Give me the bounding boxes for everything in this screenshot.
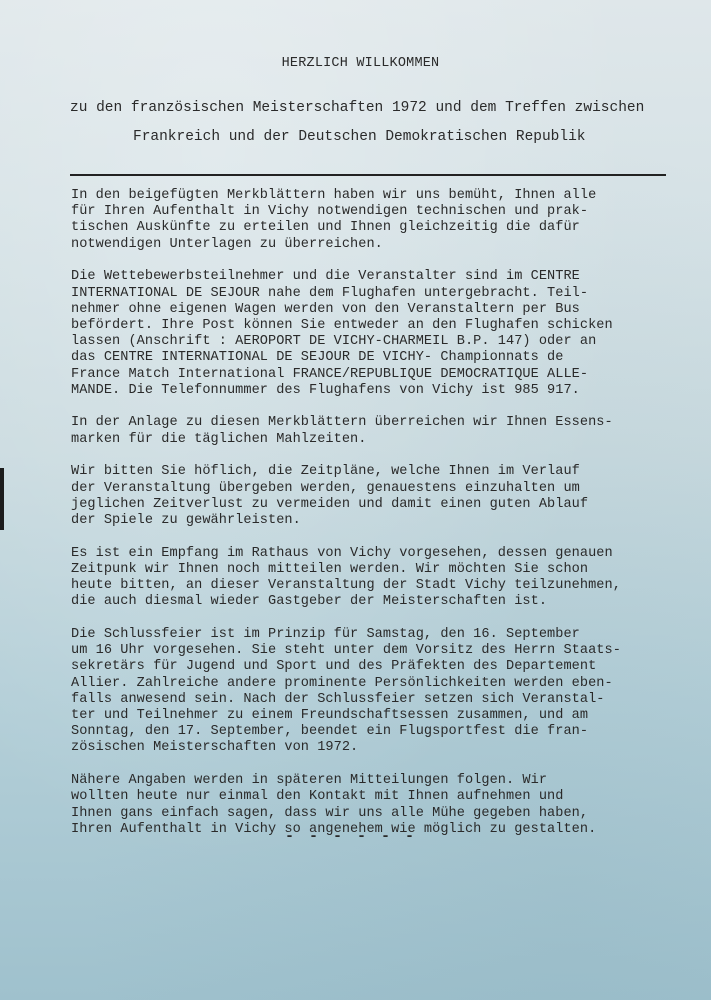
text-line: marken für die täglichen Mahlzeiten. <box>71 432 691 448</box>
binder-clip-edge <box>0 468 4 530</box>
text-line: zösischen Meisterschaften von 1972. <box>71 740 691 756</box>
text-line: befördert. Ihre Post können Sie entweder… <box>71 318 691 334</box>
text-line: Die Schlussfeier ist im Prinzip für Sams… <box>71 627 691 643</box>
text-line: der Spiele zu gewährleisten. <box>71 513 691 529</box>
text-line: Nähere Angaben werden in späteren Mittei… <box>71 773 691 789</box>
text-line: INTERNATIONAL DE SEJOUR nahe dem Flughaf… <box>71 286 691 302</box>
text-line: sekretärs für Jugend und Sport und des P… <box>71 659 691 675</box>
closing-dashes: - - - - - - <box>285 828 417 845</box>
text-line: nehmer ohne eigenen Wagen werden von den… <box>71 302 691 318</box>
text-line: In der Anlage zu diesen Merkblättern übe… <box>71 415 691 431</box>
paragraph-1: In den beigefügten Merkblättern haben wi… <box>71 188 691 253</box>
text-line: Allier. Zahlreiche andere prominente Per… <box>71 676 691 692</box>
text-line: Wir bitten Sie höflich, die Zeitpläne, w… <box>71 464 691 480</box>
text-line: heute bitten, an dieser Veranstaltung de… <box>71 578 691 594</box>
text-line: wollten heute nur einmal den Kontakt mit… <box>71 789 691 805</box>
paragraph-3: In der Anlage zu diesen Merkblättern übe… <box>71 415 691 447</box>
paragraph-4: Wir bitten Sie höflich, die Zeitpläne, w… <box>71 464 691 529</box>
subtitle-line-1: zu den französischen Meisterschaften 197… <box>70 100 644 116</box>
text-line: für Ihren Aufenthalt in Vichy notwendige… <box>71 204 691 220</box>
document-title: HERZLICH WILLKOMMEN <box>0 56 711 71</box>
subtitle-line-2: Frankreich und der Deutschen Demokratisc… <box>133 129 585 145</box>
text-line: ter und Teilnehmer zu einem Freundschaft… <box>71 708 691 724</box>
text-line: die auch diesmal wieder Gastgeber der Me… <box>71 594 691 610</box>
text-line: In den beigefügten Merkblättern haben wi… <box>71 188 691 204</box>
document-body: In den beigefügten Merkblättern haben wi… <box>71 188 691 854</box>
text-line: Ihnen gans einfach sagen, dass wir uns a… <box>71 806 691 822</box>
paragraph-2: Die Wettebewerbsteilnehmer und die Veran… <box>71 269 691 399</box>
text-line: Es ist ein Empfang im Rathaus von Vichy … <box>71 546 691 562</box>
text-line: France Match International FRANCE/REPUBL… <box>71 367 691 383</box>
text-line: tischen Auskünfte zu erteilen und Ihnen … <box>71 220 691 236</box>
text-line: Die Wettebewerbsteilnehmer und die Veran… <box>71 269 691 285</box>
text-line: der Veranstaltung übergeben werden, gena… <box>71 481 691 497</box>
paragraph-5: Es ist ein Empfang im Rathaus von Vichy … <box>71 546 691 611</box>
text-line: das CENTRE INTERNATIONAL DE SEJOUR DE VI… <box>71 350 691 366</box>
text-line: MANDE. Die Telefonnummer des Flughafens … <box>71 383 691 399</box>
text-line: um 16 Uhr vorgesehen. Sie steht unter de… <box>71 643 691 659</box>
horizontal-rule <box>70 174 666 176</box>
text-line: notwendigen Unterlagen zu überreichen. <box>71 237 691 253</box>
text-line: falls anwesend sein. Nach der Schlussfei… <box>71 692 691 708</box>
text-line: lassen (Anschrift : AEROPORT DE VICHY-CH… <box>71 334 691 350</box>
text-line: Zeitpunk wir Ihnen noch mitteilen werden… <box>71 562 691 578</box>
text-line: jeglichen Zeitverlust zu vermeiden und d… <box>71 497 691 513</box>
text-line: Sonntag, den 17. September, beendet ein … <box>71 724 691 740</box>
paragraph-6: Die Schlussfeier ist im Prinzip für Sams… <box>71 627 691 757</box>
